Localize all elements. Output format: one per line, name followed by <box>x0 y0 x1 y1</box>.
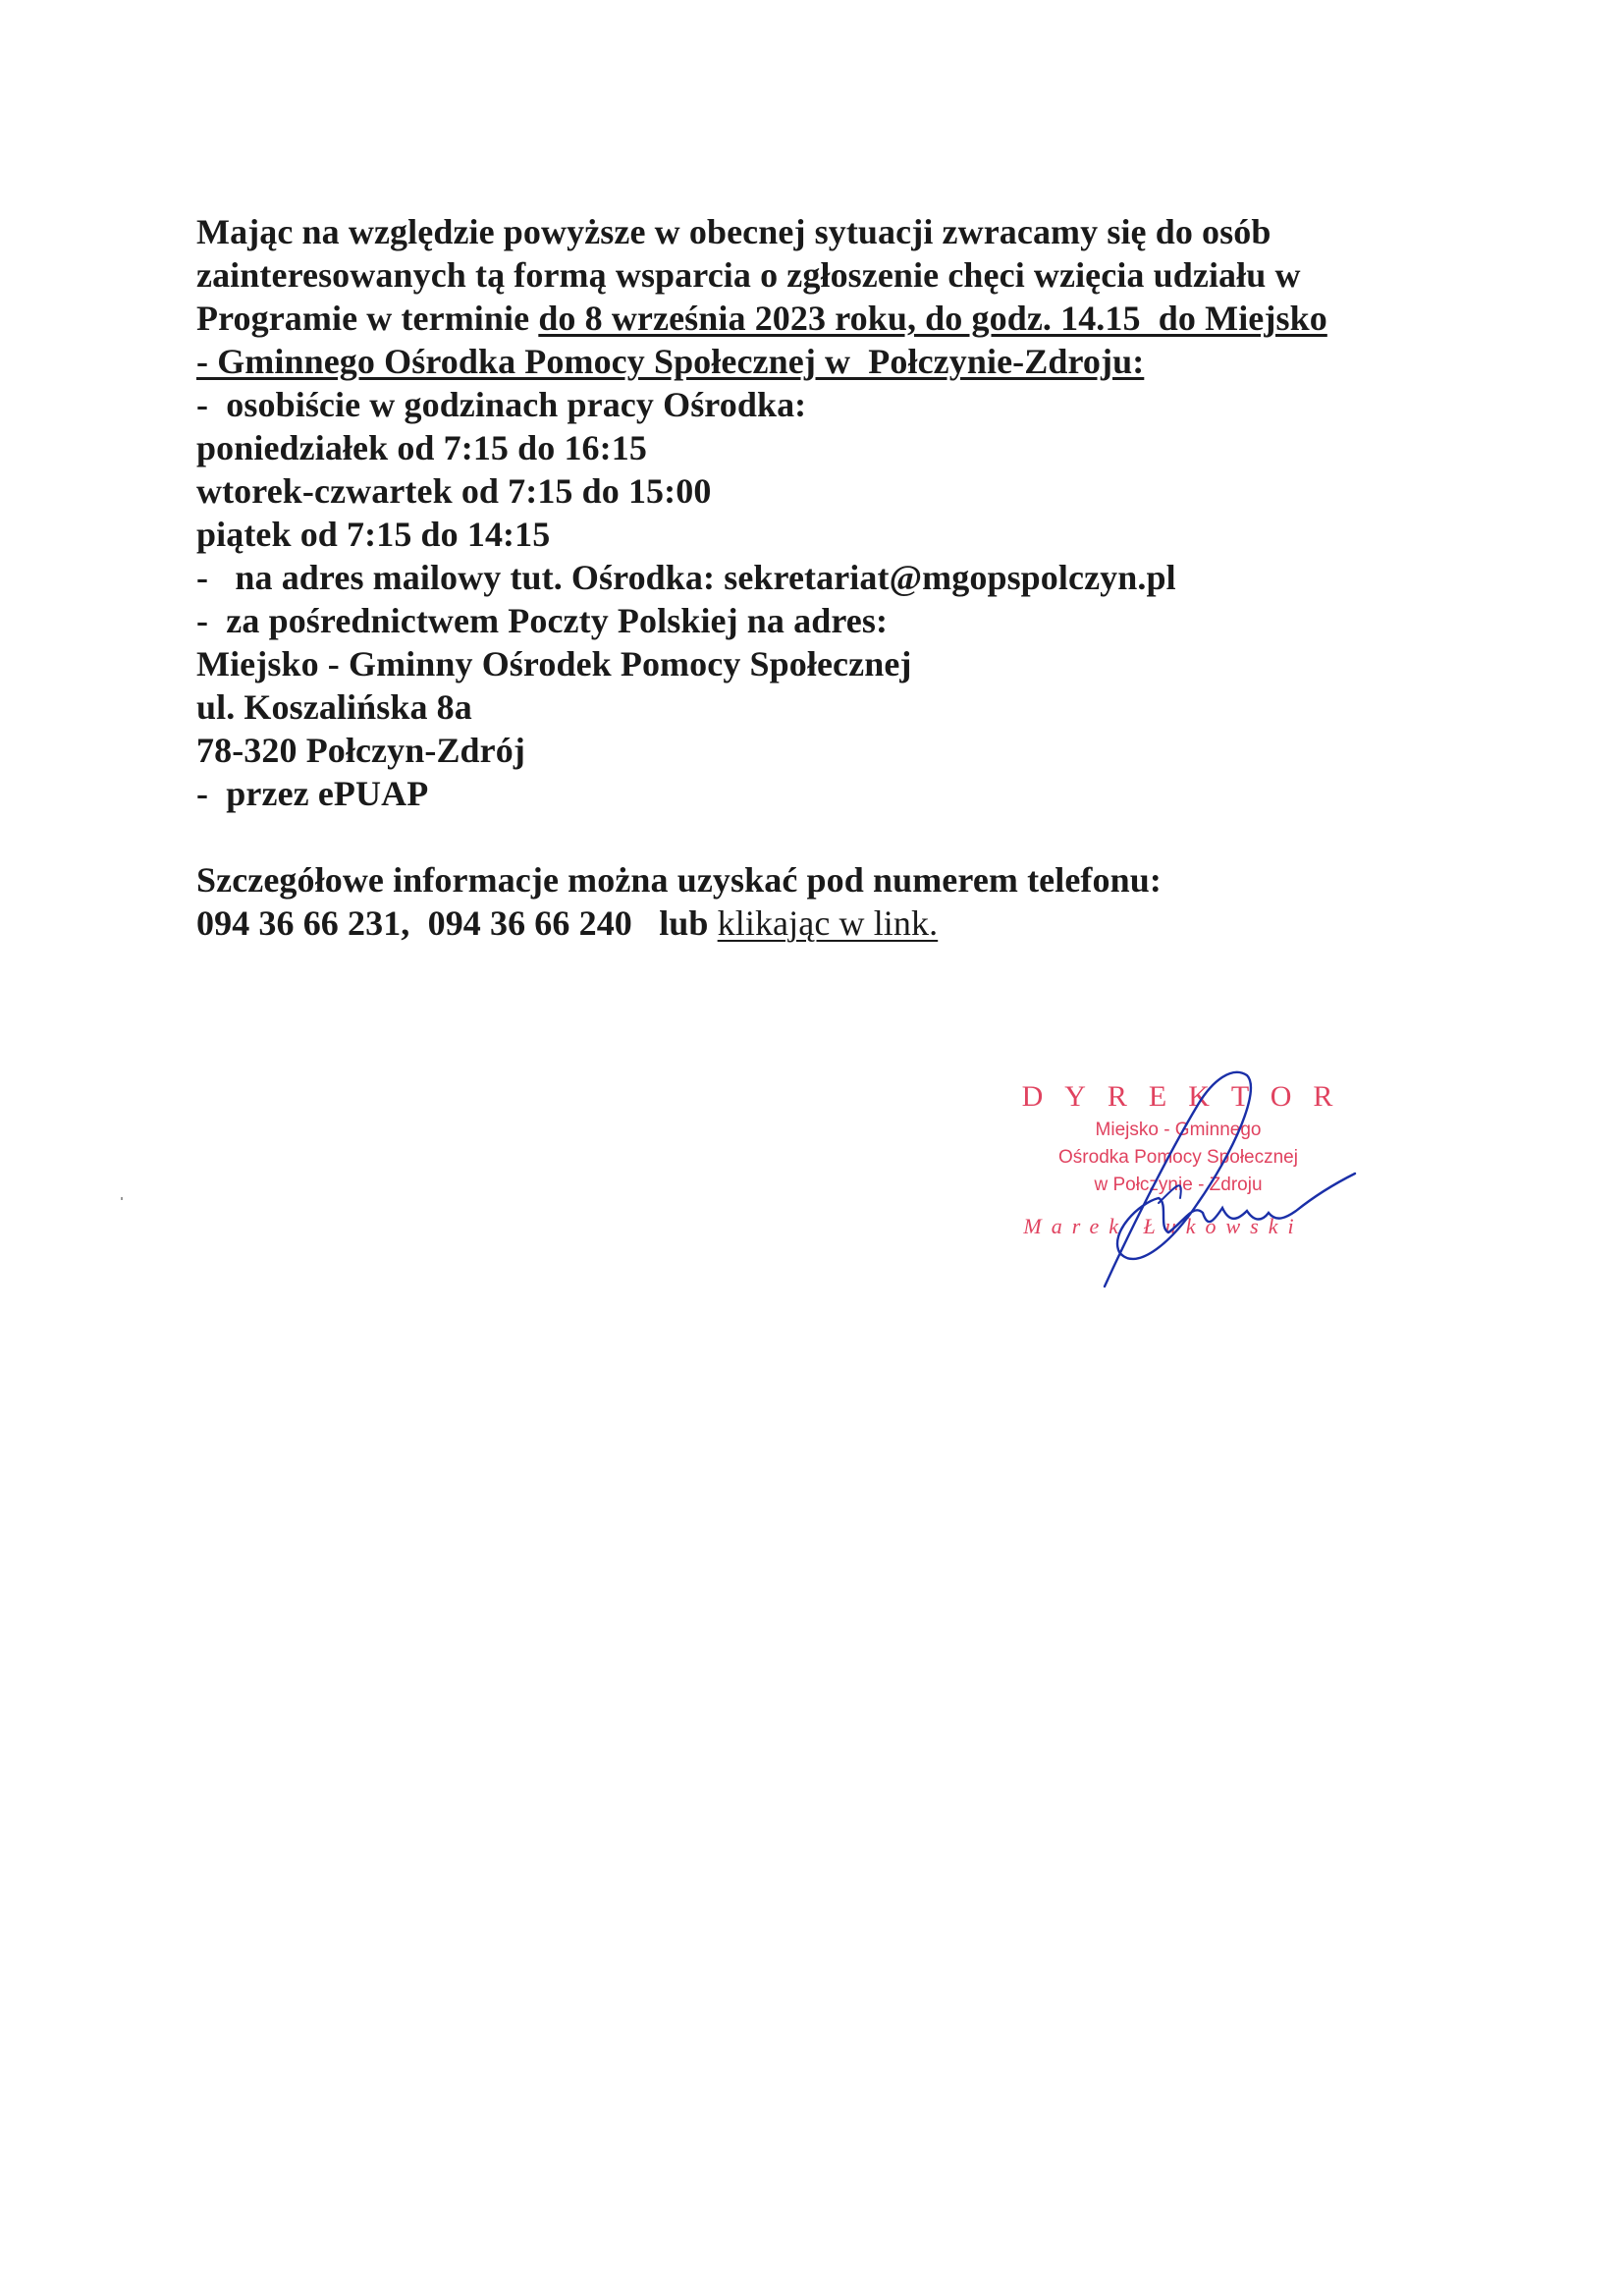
contact-info-line: Szczegółowe informacje można uzyskać pod… <box>196 858 1434 902</box>
info-link[interactable]: klikając w link. <box>718 903 939 943</box>
scan-artifact <box>121 1197 123 1200</box>
deadline-text: do 8 września 2023 roku, do godz. 14.15 … <box>538 299 1326 338</box>
stamp-org-line-2: Ośrodka Pomocy Społecznej <box>992 1147 1365 1169</box>
hours-friday: piątek od 7:15 do 14:15 <box>196 513 1434 556</box>
method-email: - na adres mailowy tut. Ośrodka: sekreta… <box>196 556 1434 599</box>
director-stamp: DYREKTOR Miejsko - Gminnego Ośrodka Pomo… <box>992 1080 1365 1239</box>
document-body: Mając na względzie powyższe w obecnej sy… <box>196 210 1434 945</box>
address-institution: Miejsko - Gminny Ośrodek Pomocy Społeczn… <box>196 642 1434 685</box>
document-page: Mając na względzie powyższe w obecnej sy… <box>0 0 1623 2296</box>
address-city: 78-320 Połczyn-Zdrój <box>196 729 1434 772</box>
address-street: ul. Koszalińska 8a <box>196 685 1434 729</box>
paragraph-line-3-plain: Programie w terminie <box>196 299 538 338</box>
method-in-person: - osobiście w godzinach pracy Ośrodka: <box>196 383 1434 426</box>
stamp-title: DYREKTOR <box>1011 1080 1365 1114</box>
method-epuap: - przez ePUAP <box>196 772 1434 815</box>
stamp-org-line-1: Miejsko - Gminnego <box>992 1120 1365 1141</box>
stamp-org-line-3: w Połczynie - Zdroju <box>992 1175 1365 1196</box>
contact-phones-line: 094 36 66 231, 094 36 66 240 lub klikają… <box>196 902 1434 945</box>
paragraph-line-2: zainteresowanych tą formą wsparcia o zgł… <box>196 253 1434 297</box>
phone-numbers: 094 36 66 231, 094 36 66 240 lub <box>196 903 718 943</box>
method-post: - za pośrednictwem Poczty Polskiej na ad… <box>196 599 1434 642</box>
paragraph-line-3: Programie w terminie do 8 września 2023 … <box>196 297 1434 340</box>
stamp-name: Marek Łukowski <box>962 1214 1365 1239</box>
paragraph-line-1: Mając na względzie powyższe w obecnej sy… <box>196 210 1434 253</box>
office-name-underlined: - Gminnego Ośrodka Pomocy Społecznej w P… <box>196 340 1434 383</box>
spacer <box>196 815 1434 858</box>
hours-tuesday-thursday: wtorek-czwartek od 7:15 do 15:00 <box>196 469 1434 513</box>
hours-monday: poniedziałek od 7:15 do 16:15 <box>196 426 1434 469</box>
